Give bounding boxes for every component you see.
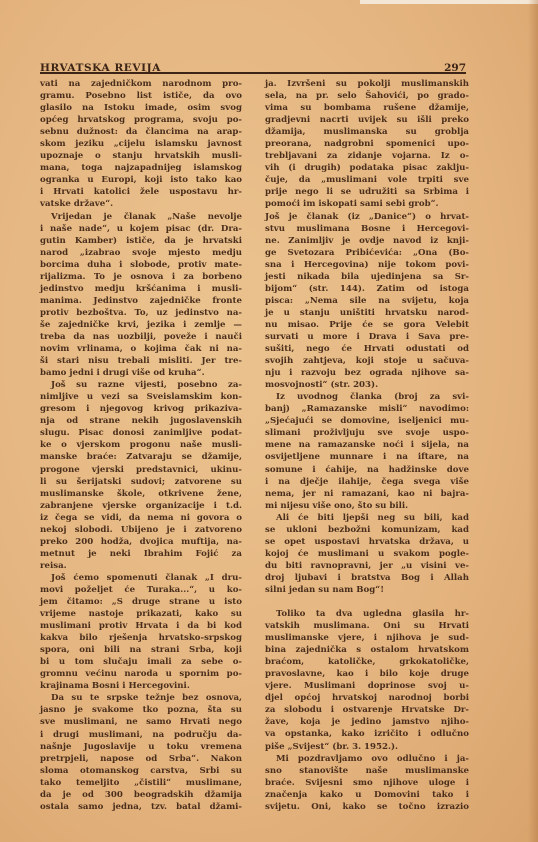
text-line: reisa. <box>40 560 242 572</box>
text-line: du biti ravnopravni, jer „u visini ve- <box>265 560 469 572</box>
text-line: mi nijesu više ono, što su bili. <box>265 500 469 512</box>
text-line: Mi pozdravljamo ovo odlučno i ja- <box>265 753 469 765</box>
text-line: ši stari nisu trebali misliti. Jer tre- <box>40 355 242 367</box>
text-line: braće. Svijesni smo njihove uloge i <box>265 777 469 789</box>
text-line: borcima duha i slobode, protiv mate- <box>40 259 242 271</box>
text-line: slugu. Pisac donosi zanimljive podat- <box>40 427 242 439</box>
paragraph-gap <box>265 596 469 608</box>
text-line: „Sjećajući se domovine, iseljenici mu- <box>265 415 469 427</box>
text-line: nja od strane nekih jugoslavenskih <box>40 415 242 427</box>
text-line: pravoslavne, kao i bilo koje druge <box>265 668 469 680</box>
text-line: vatskih muslimana. Oni su Hrvati <box>265 620 469 632</box>
text-line: ne. Zanimljiv je ovdje navod iz knji- <box>265 235 469 247</box>
text-line: tako temeljito „čistili“ muslimane, <box>40 777 242 789</box>
text-line: sušiti, nego će Hrvati odustati od <box>265 343 469 355</box>
paper-right-edge <box>528 0 538 842</box>
text-line: ogranka u Europi, koji isto tako kao <box>40 174 242 186</box>
text-line: va opstanka, kako izričito i odlučno <box>265 728 469 740</box>
text-line: silni jedan su nam Bog“! <box>265 584 469 596</box>
text-line: gradjevni nacrti uvijek su išli preko <box>265 114 469 126</box>
text-line: Ali će biti ljepši neg su bili, kad <box>265 512 469 524</box>
text-line: vih (i drugih) podataka pisac zaklju- <box>265 162 469 174</box>
text-line: protiv bezboštva. To, uz jedinstvo na- <box>40 307 242 319</box>
text-line: li su šerijatski sudovi; zatvorene su <box>40 476 242 488</box>
text-line: movi poželjet će Turaka...“, u ko- <box>40 584 242 596</box>
text-line: našnje Jugoslavije u toku vremena <box>40 741 242 753</box>
running-header: HRVATSKA REVIJA 297 <box>40 54 466 74</box>
text-line: jem čitamo: „S druge strane u isto <box>40 596 242 608</box>
text-line: prije nego li se udružiti sa Srbima i <box>265 186 469 198</box>
text-line: spora, oni bili na strani Srba, koji <box>40 644 242 656</box>
text-line: gromnu većinu naroda u spornim po- <box>40 668 242 680</box>
text-line: narod „izabrao svoje mjesto medju <box>40 247 242 259</box>
text-line: gresom i njegovog krivog prikaziva- <box>40 403 242 415</box>
text-line: gramu. Posebno list ističe, da ovo <box>40 90 242 102</box>
text-line: nju i razvoju bez ograda njihove sa- <box>265 367 469 379</box>
text-line: manima. Jedinstvo zajedničke fronte <box>40 295 242 307</box>
text-line: Još su razne vijesti, posebno za- <box>40 379 242 391</box>
text-line: glasilo na Istoku imade, osim svog <box>40 102 242 114</box>
text-line: Vrijedan je članak „Naše nevolje <box>40 211 242 223</box>
text-line: Da su te srpske težnje bez osnova, <box>40 692 242 704</box>
text-line: i na dječje ilahije, čega svega više <box>265 476 469 488</box>
text-line: djel općoj hrvatskoj narodnoj borbi <box>265 692 469 704</box>
text-line: vati na zajedničkom narodnom pro- <box>40 78 242 90</box>
text-line: preko 200 hodža, dvojica muftija, na- <box>40 536 242 548</box>
text-line: progone vjerski predstavnici, ukinu- <box>40 464 242 476</box>
header-rule <box>40 72 466 74</box>
text-line: manske braće: Zatvaraju se džamije, <box>40 451 242 463</box>
right-column: ja. Izvršeni su pokolji muslimanskihsela… <box>265 78 469 813</box>
text-line: še zajedničke krvi, jezika i zemlje — <box>40 319 242 331</box>
text-line: novim vrlinama, o kojima čak ni na- <box>40 343 242 355</box>
text-line: bamo jedni i drugi više od kruha“. <box>40 367 242 379</box>
text-line: ke o vjerskom progonu naše musli- <box>40 439 242 451</box>
text-line: stvu muslimana Bosne i Hercegovi- <box>265 223 469 235</box>
text-line: nu misao. Prije će se gora Velebit <box>265 319 469 331</box>
text-line: svojih zahtjeva, koji stoje u sačuva- <box>265 355 469 367</box>
text-line: i drugi muslimani, na području da- <box>40 729 242 741</box>
text-line: se ukloni bezbožni komunizam, kad <box>265 524 469 536</box>
text-line: i Hrvati katolici žele uspostavu hr- <box>40 186 242 198</box>
text-line: džamija, muslimanska su groblja <box>265 126 469 138</box>
text-line: braćom, katoličke, grkokatoličke, <box>265 656 469 668</box>
text-line: mene na ramazanske noći i sijela, na <box>265 439 469 451</box>
text-line: značenja kako u Domovini tako i <box>265 789 469 801</box>
text-line: muslimanske škole, otkrivene žene, <box>40 488 242 500</box>
text-line: Još je članak (iz „Danice“) o hrvat- <box>265 211 469 223</box>
text-line: da je od 300 beogradskih džamija <box>40 789 242 801</box>
text-line: pisca: „Nema sile na svijetu, koja <box>265 295 469 307</box>
text-line: jesti nikada bila ujedinjena sa Sr- <box>265 271 469 283</box>
text-line: i naše nade“, u kojem pisac (dr. Dra- <box>40 223 242 235</box>
text-line: iz čega se vidi, da nema ni govora o <box>40 512 242 524</box>
text-line: nimljive u vezi sa Sveislamskim kon- <box>40 391 242 403</box>
text-line: sebnu dužnost: da člancima na arap- <box>40 126 242 138</box>
text-line: survati u more i Drava i Sava pre- <box>265 331 469 343</box>
text-line: nekoj slobodi. Ubijeno je i zatvoreno <box>40 524 242 536</box>
text-line: upoznaje o stanju hrvatskih musli- <box>40 150 242 162</box>
text-line: sna i Hercegovina) nije tokom povi- <box>265 259 469 271</box>
text-line: Toliko ta dva ugledna glasila hr- <box>265 608 469 620</box>
text-line: bijom“ (str. 144). Zatim od istoga <box>265 283 469 295</box>
text-line: krajinama Bosni i Hercegovini. <box>40 680 242 692</box>
text-line: zabranjene vjerske organizacije i t.d. <box>40 500 242 512</box>
paper-top-edge <box>360 0 538 4</box>
text-line: jedinstvo medju kršćanima i musli- <box>40 283 242 295</box>
text-line: banj) „Ramazanske misli“ navodimo: <box>265 403 469 415</box>
left-column: vati na zajedničkom narodnom pro-gramu. … <box>40 78 242 813</box>
text-line: sloma otomanskog carstva, Srbi su <box>40 765 242 777</box>
text-line: sve muslimani, ne samo Hrvati nego <box>40 716 242 728</box>
text-line: se opet uspostavi hrvatska država, u <box>265 536 469 548</box>
text-line: sela, na pr. selo Šahovići, po grado- <box>265 90 469 102</box>
text-line: pomoći im iskopati sami sebi grob“. <box>265 198 469 210</box>
text-line: je u stanju uništiti hrvatsku narod- <box>265 307 469 319</box>
text-line: mosvojnosti“ (str. 203). <box>265 379 469 391</box>
text-line: Iz uvodnog članka (broj za svi- <box>265 391 469 403</box>
text-line: ostala samo jedna, tzv. batal džami- <box>40 801 242 813</box>
text-line: osvijetljene munnare i na iftare, na <box>265 451 469 463</box>
text-line: bi u tom slučaju imali za sebe o- <box>40 656 242 668</box>
text-line: vjere. Muslimani doprinose svoj u- <box>265 680 469 692</box>
text-line: sno stanovište naše muslimanske <box>265 765 469 777</box>
text-line: droj ljubavi i bratstva Bog i Allah <box>265 572 469 584</box>
text-line: kojoj će muslimani u svakom pogle- <box>265 548 469 560</box>
text-line: svijetu. Oni, kako se točno izrazio <box>265 801 469 813</box>
text-line: somune i ćahije, na hadžinske dove <box>265 464 469 476</box>
text-line: općeg hrvatskog programa, svoju po- <box>40 114 242 126</box>
text-line: vatske države“. <box>40 198 242 210</box>
text-line: ja. Izvršeni su pokolji muslimanskih <box>265 78 469 90</box>
text-line: ge Svetozara Pribićevića: „Ona (Bo- <box>265 247 469 259</box>
text-line: slimani proživljuju sve svoje uspo- <box>265 427 469 439</box>
text-line: treba da nas uozbilji, poveže i nauči <box>40 331 242 343</box>
text-line: preorana, nadgrobni spomenici upo- <box>265 138 469 150</box>
text-line: gutin Kamber) ističe, da je hrvatski <box>40 235 242 247</box>
text-line: mana, toga najzapadnijeg islamskog <box>40 162 242 174</box>
text-line: muslimanske vjere, i njihova je sud- <box>265 632 469 644</box>
text-line: žave, koja je jedino jamstvo njiho- <box>265 716 469 728</box>
text-line: za slobodu i ostvarenje Hrvatske Dr- <box>265 704 469 716</box>
text-line: metnut je neki Ibrahim Fojić za <box>40 548 242 560</box>
text-line: rijalizma. To je osnova i za borbeno <box>40 271 242 283</box>
text-line: bina zajednička s ostalom hrvatskom <box>265 644 469 656</box>
text-line: trebljavani za zidanje vojarna. Iz o- <box>265 150 469 162</box>
text-line: skom jeziku „cijelu islamsku javnost <box>40 138 242 150</box>
text-line: pretrpjeli, napose od Srba“. Nakon <box>40 753 242 765</box>
text-line: vrijeme nastoje prikazati, kako su <box>40 608 242 620</box>
text-line: nema, jer ni ramazani, kao ni bajra- <box>265 488 469 500</box>
text-line: Još ćemo spomenuti članak „I dru- <box>40 572 242 584</box>
text-line: jasno je svakome tko pozna, šta su <box>40 704 242 716</box>
text-line: muslimani protiv Hrvata i da bi kod <box>40 620 242 632</box>
text-line: kakva bilo rješenja hrvatsko-srpskog <box>40 632 242 644</box>
text-line: čuje, da „muslimani vole trpiti sve <box>265 174 469 186</box>
text-line: piše „Svijest“ (br. 3. 1952.). <box>265 741 469 753</box>
text-line: vima su bombama rušene džamije, <box>265 102 469 114</box>
